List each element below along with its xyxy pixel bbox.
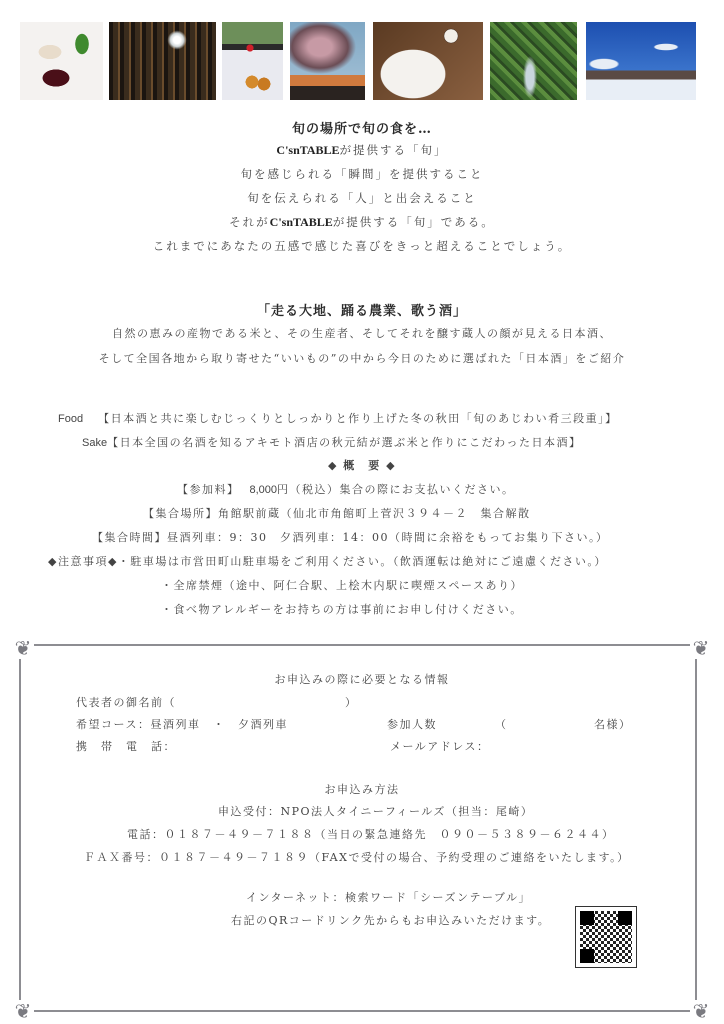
- ornament-corner-icon: ❦: [690, 637, 712, 659]
- form-email-label: メールアドレス：: [390, 738, 489, 754]
- place-text: 角館駅前蔵（仙北市角館町上菅沢３９４－２ 集合解散: [218, 507, 531, 520]
- intro-line-2: 旬を感じられる「瞬間」を提供すること: [0, 166, 724, 182]
- theme-title: 「走る大地、踊る農業、歌う酒」: [0, 300, 724, 319]
- apply-reception: 申込受付：NPO法人タイニーフィールズ（担当：尾崎）: [218, 803, 533, 819]
- overview-notes: ◆注意事項◆・駐車場は市営田町山駐車場をご利用ください。（飲酒運転は絶対にご遠慮…: [48, 553, 607, 569]
- form-course-label: 希望コース：昼酒列車 ・ 夕酒列車: [76, 716, 288, 732]
- time-text: 昼酒列車：9：30 夕酒列車：14：00（時間に余裕をもってお集り下さい。）: [167, 531, 609, 544]
- sake-text: 【日本全国の名酒を知るアキモト酒店の秋元結が選ぶ米と作りにこだわった日本酒】: [107, 436, 581, 449]
- note-item: ・駐車場は市営田町山駐車場をご利用ください。（飲酒運転は絶対にご遠慮ください。）: [118, 555, 607, 568]
- intro-title: 旬の場所で旬の食を…: [0, 118, 724, 137]
- form-people-open: （: [495, 716, 508, 732]
- photo-dish: [20, 22, 103, 100]
- time-label: 【集合時間】: [92, 531, 167, 544]
- intro-line-3: 旬を伝えられる「人」と出会えること: [0, 190, 724, 206]
- menu-food: Food 【日本酒と共に楽しむじっくりとしっかりと作り上げた冬の秋田「旬のあじわ…: [58, 410, 618, 426]
- brand-name: C'snTABLE: [270, 215, 333, 229]
- apply-internet: インターネット：検索ワード「シーズンテーブル」: [246, 889, 531, 905]
- form-name-close: ）: [345, 694, 358, 710]
- form-phone-label: 携 帯 電 話：: [76, 738, 176, 754]
- menu-sake: Sake【日本全国の名酒を知るアキモト酒店の秋元結が選ぶ米と作りにこだわった日本…: [82, 434, 582, 450]
- qr-code[interactable]: [575, 906, 637, 968]
- ornament-corner-icon: ❦: [690, 1000, 712, 1022]
- note-item: ・全席禁煙（途中、阿仁合駅、上桧木内駅に喫煙スペースあり）: [161, 577, 523, 593]
- notes-label: ◆注意事項◆: [48, 555, 118, 568]
- intro-line-5: これまでにあなたの五感で感じた喜びをきっと超えることでしょう。: [0, 238, 724, 254]
- intro-line-4-rest: が提供する「旬」である。: [333, 215, 495, 229]
- apply-heading: お申込み方法: [0, 781, 724, 797]
- food-label: Food: [58, 413, 83, 425]
- theme-line-1: 自然の恵みの産物である米と、その生産者、そしてそれを醸す蔵人の顔が見える日本酒、: [0, 325, 724, 341]
- overview-fee: 【参加料】 8,000円（税込）集合の際にお支払いください。: [177, 481, 515, 497]
- apply-qr-note: 右記のQRコードリンク先からもお申込みいただけます。: [231, 912, 550, 928]
- photo-snow-landscape: [586, 22, 696, 100]
- ornament-corner-icon: ❦: [12, 637, 34, 659]
- photo-cherry-blossoms: [290, 22, 365, 100]
- form-name-label: 代表者の御名前（: [76, 694, 176, 710]
- intro-line-4-pre: それが: [229, 215, 270, 229]
- fee-text: 円（税込）集合の際にお支払いください。: [277, 483, 515, 496]
- overview-heading: ◆ 概 要 ◆: [0, 457, 724, 473]
- ornament-corner-icon: ❦: [12, 1000, 34, 1022]
- photo-dessert-coffee: [373, 22, 483, 100]
- food-text: 【日本酒と共に楽しむじっくりとしっかりと作り上げた冬の秋田「旬のあじわい肴三段重…: [98, 412, 618, 425]
- sake-label: Sake: [82, 437, 107, 449]
- photo-table-setting: [222, 22, 283, 100]
- fee-label: 【参加料】: [177, 483, 240, 496]
- place-label: 【集合場所】: [143, 507, 218, 520]
- note-item: ・食べ物アレルギーをお持ちの方は事前にお申し付けください。: [161, 601, 523, 617]
- apply-tel: 電話：０１８７－４９－７１８８（当日の緊急連絡先 ０９０－５３８９－６２４４）: [127, 826, 615, 842]
- form-people-label: 参加人数: [387, 716, 437, 732]
- overview-time: 【集合時間】昼酒列車：9：30 夕酒列車：14：00（時間に余裕をもってお集り下…: [92, 529, 609, 545]
- form-heading: お申込みの際に必要となる情報: [0, 671, 724, 687]
- photo-forest: [109, 22, 216, 100]
- qr-code-icon: [580, 911, 632, 963]
- intro-line-1-text: が提供する「旬」: [340, 143, 448, 157]
- apply-fax: ＦＡＸ番号：０１８７－４９－７１８９（FAXで受付の場合、予約受理のご連絡をいた…: [84, 849, 630, 865]
- intro-line-1: C'snTABLEが提供する「旬」: [0, 142, 724, 158]
- fee-amount: 8,000: [250, 484, 278, 496]
- form-people-unit: 名様）: [594, 716, 632, 732]
- photo-waterfall: [490, 22, 577, 100]
- intro-line-4: それがC'snTABLEが提供する「旬」である。: [0, 214, 724, 230]
- overview-place: 【集合場所】角館駅前蔵（仙北市角館町上菅沢３９４－２ 集合解散: [143, 505, 531, 521]
- theme-line-2: そして全国各地から取り寄せた“いいもの”の中から今日のために選ばれた「日本酒」を…: [0, 350, 724, 366]
- brand-name: C'snTABLE: [276, 143, 339, 157]
